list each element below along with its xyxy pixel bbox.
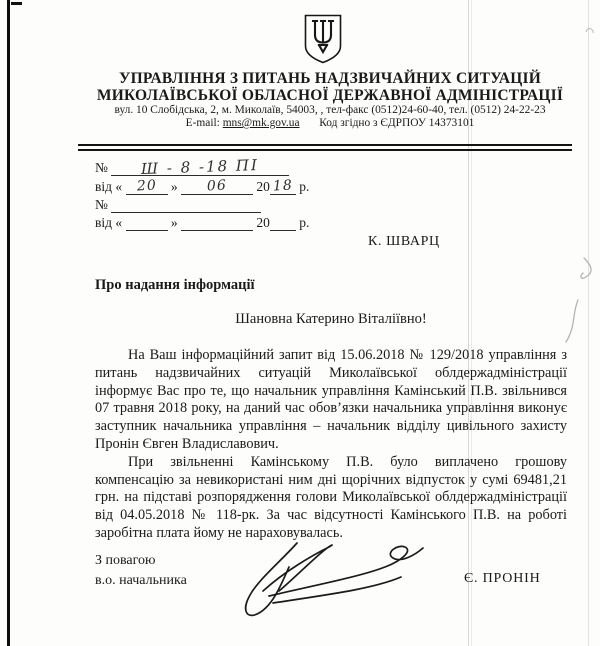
scan-edge-artifact [7,0,10,646]
letter-body: На Ваш інформаційний запит від 15.06.201… [95,347,567,543]
incoming-date-line: від « » 20 р. [95,215,309,231]
body-paragraph-1: На Ваш інформаційний запит від 15.06.201… [95,347,567,454]
quote-close-2: » [171,215,178,230]
org-name-line1: УПРАВЛІННЯ З ПИТАНЬ НАДЗВИЧАЙНИХ СИТУАЦІ… [60,70,600,88]
date2-suffix: р. [299,215,309,230]
org-contact-line: E-mail: mns@mk.gov.ua Код згідно з ЄДРПО… [60,117,600,129]
scan-corner-artifact [11,2,22,5]
incoming-number-field-blank [111,197,261,213]
handwritten-signature [233,523,433,628]
org-address-line: вул. 10 Слобідська, 2, м. Миколаїв, 5400… [60,104,600,116]
incoming-number-line: № [95,197,261,213]
month-field: 06 [181,179,253,195]
handwritten-outgoing-number: Ш - 8 -18 ПІ [141,156,260,178]
number-label-2: № [95,197,108,212]
outgoing-number-field: Ш - 8 -18 ПІ [111,160,289,176]
recipient-name: К. ШВАРЦ [368,234,440,250]
scan-speck-artifact [585,26,595,35]
year-field: 18 [270,179,296,195]
quote-close: » [171,179,178,194]
date-suffix: р. [299,179,309,194]
outgoing-number-line: № Ш - 8 -18 ПІ [95,160,289,176]
org-name-line2: МИКОЛАЇВСЬКОЇ ОБЛАСНОЇ ДЕРЖАВНОЇ АДМІНІС… [60,87,600,105]
handwritten-day: 20 [136,177,157,194]
pen-scribble-artifact [540,252,598,347]
closing-acting-head: в.о. начальника [95,573,187,589]
outgoing-date-line: від « 20 » 06 2018 р. [95,179,309,195]
subject-line: Про надання інформації [95,277,255,294]
number-label: № [95,160,108,175]
closing-respectfully: З повагою [95,553,156,569]
date2-prefix: від « [95,215,122,230]
header-separator-rule [78,144,572,151]
scanned-letter-page: УПРАВЛІННЯ З ПИТАНЬ НАДЗВИЧАЙНИХ СИТУАЦІ… [0,0,600,646]
handwritten-month: 06 [207,177,228,194]
day-field-blank [126,215,168,231]
edrpou-label: Код згідно з ЄДРПОУ [319,117,426,129]
email-label: E-mail: [186,117,220,129]
signer-name: Є. ПРОНІН [464,571,541,587]
edrpou-value: 14373101 [429,117,475,129]
printed-century-2: 20 [256,215,270,230]
salutation: Шановна Катерино Віталіївно! [95,311,567,328]
handwritten-year: 18 [272,177,293,194]
email-address: mns@mk.gov.ua [223,117,300,129]
year-field-blank [270,215,296,231]
ukraine-trident-icon [303,13,343,65]
date-prefix: від « [95,179,122,194]
day-field: 20 [126,179,168,195]
month-field-blank [181,215,253,231]
printed-century: 20 [256,179,270,194]
